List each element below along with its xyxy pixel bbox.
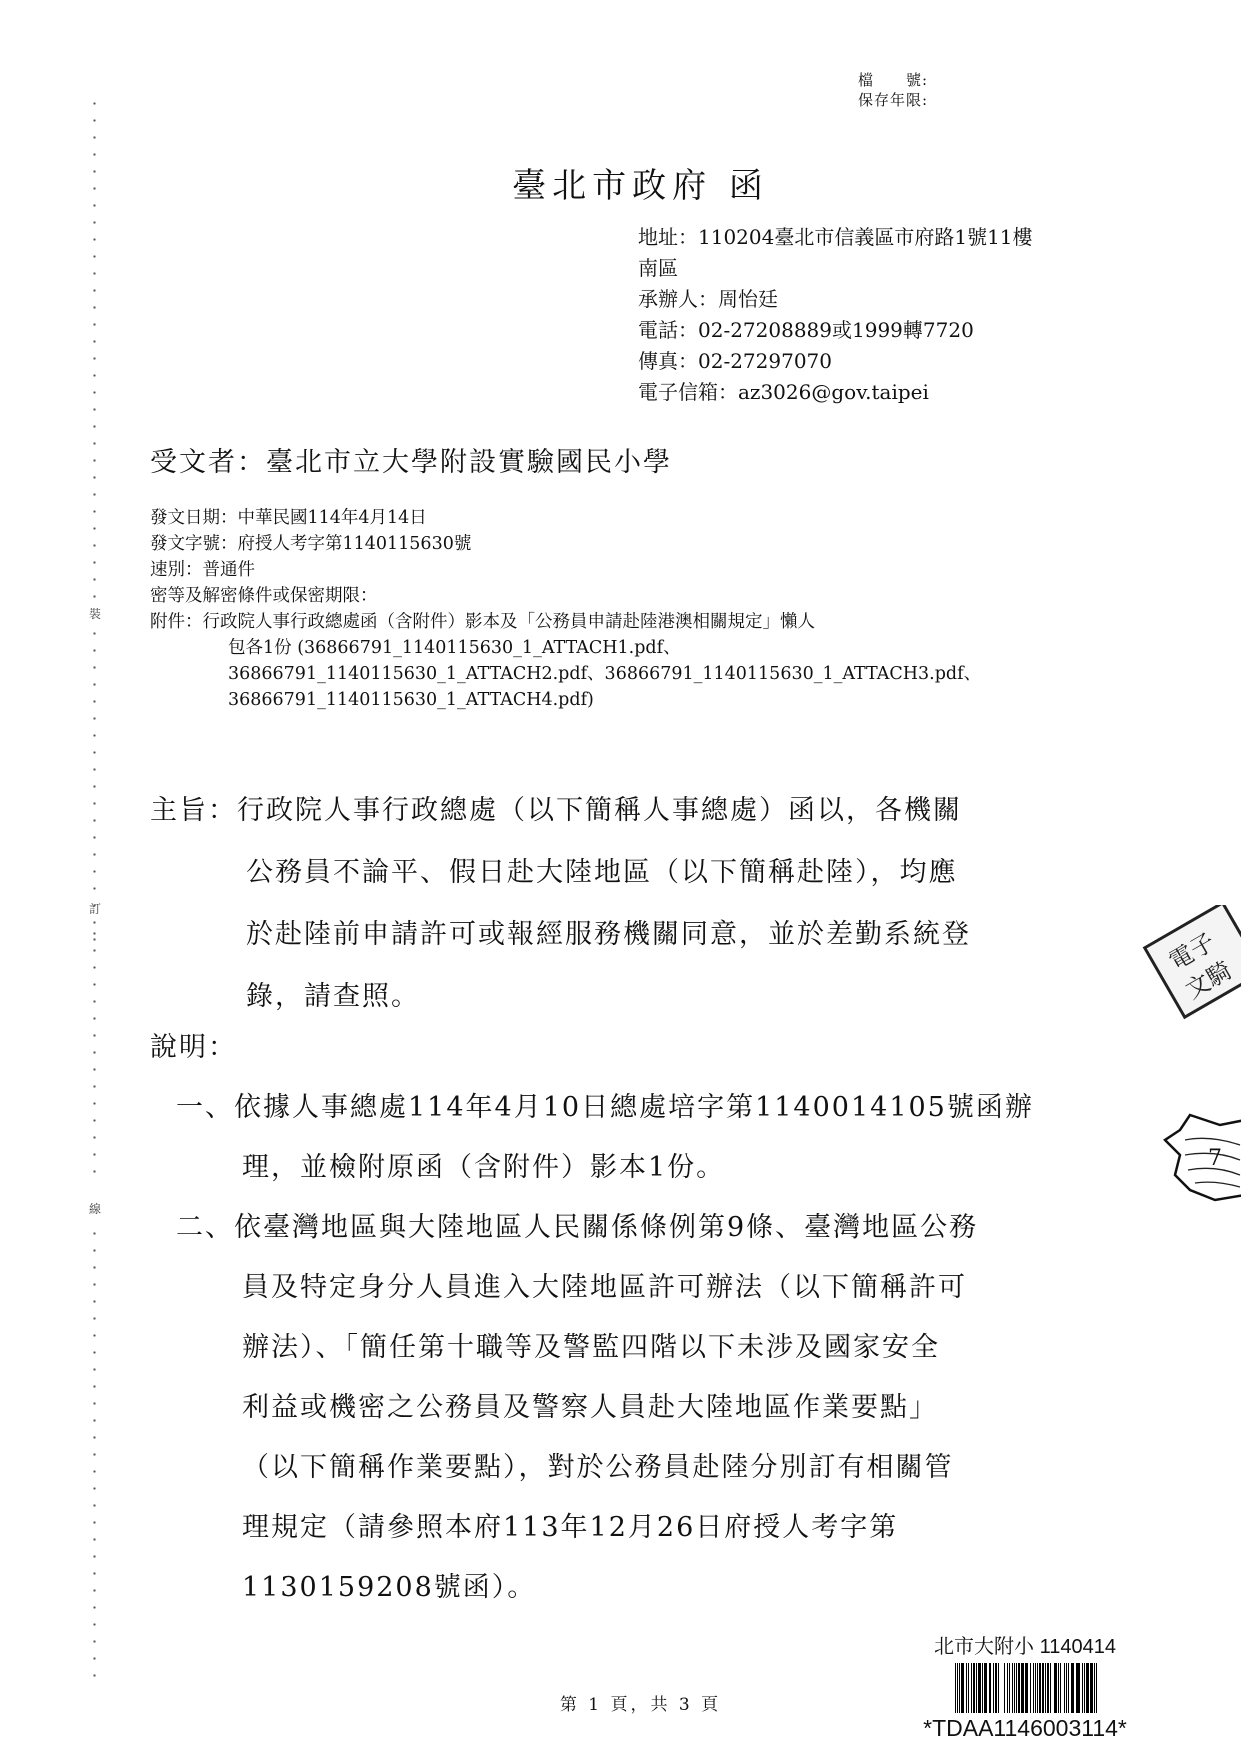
attachment-row: 附件： 行政院人事行政總處函（含附件）影本及「公務員申請赴陸港澳相關規定」懶人 — [150, 609, 981, 635]
barcode-icon — [905, 1663, 1145, 1713]
subject-line: 行政院人事行政總處（以下簡稱人事總處）函以，各機關 — [237, 795, 962, 826]
binding-margin: 裝 訂 線 — [88, 95, 102, 1685]
issue-date: 發文日期：中華民國114年4月14日 — [150, 505, 981, 531]
item-line: （以下簡稱作業要點），對於公務員赴陸分別訂有相關管 — [150, 1438, 1100, 1498]
item-line: 理規定（請參照本府113年12月26日府授人考字第 — [150, 1498, 1100, 1558]
explanation-label: 說明： — [150, 1018, 1100, 1078]
recipient: 受文者：臺北市立大學附設實驗國民小學 — [150, 440, 672, 479]
item-line: 員及特定身分人員進入大陸地區許可辦法（以下簡稱許可 — [150, 1258, 1100, 1318]
phone: 電話：02-27208889或1999轉7720 — [638, 315, 1033, 346]
address-line: 地址：110204臺北市信義區市府路1號11樓 — [638, 222, 1033, 253]
contact-block: 地址：110204臺北市信義區市府路1號11樓 南區 承辦人：周怡廷 電話：02… — [638, 222, 1033, 408]
attachment-line: 36866791_1140115630_1_ATTACH2.pdf、368667… — [150, 661, 981, 687]
barcode-block: 北市大附小 1140414 *TDAA1146003114* — [905, 1630, 1145, 1742]
explanation-item-2: 二、依臺灣地區與大陸地區人民關係條例第9條、臺灣地區公務 — [150, 1198, 1100, 1258]
item-line: 理，並檢附原函（含附件）影本1份。 — [150, 1138, 1100, 1198]
address-line-2: 南區 — [638, 253, 1033, 284]
email: 電子信箱：az3026@gov.taipei — [638, 377, 1033, 408]
speed-class: 速別：普通件 — [150, 557, 981, 583]
subject-section: 主旨：行政院人事行政總處（以下簡稱人事總處）函以，各機關 公務員不論平、假日赴大… — [150, 780, 1100, 1028]
subject-line: 公務員不論平、假日赴大陸地區（以下簡稱赴陸），均應 — [150, 842, 1100, 904]
item-line: 依臺灣地區與大陸地區人民關係條例第9條、臺灣地區公務 — [234, 1212, 978, 1243]
subject-line: 於赴陸前申請許可或報經服務機關同意，並於差勤系統登 — [150, 904, 1100, 966]
attachment-line: 行政院人事行政總處函（含附件）影本及「公務員申請赴陸港澳相關規定」懶人 — [203, 609, 816, 635]
item-line: 依據人事總處114年4月10日總處培字第1140014105號函辦 — [234, 1092, 1034, 1123]
document-title: 臺北市政府 函 — [0, 158, 1241, 207]
item-line: 1130159208號函）。 — [150, 1558, 1100, 1618]
explanation-item-1: 一、依據人事總處114年4月10日總處培字第1140014105號函辦 — [150, 1078, 1100, 1138]
reference-number: 發文字號：府授人考字第1140115630號 — [150, 531, 981, 557]
barcode-text: *TDAA1146003114* — [905, 1715, 1145, 1742]
subject-row: 主旨：行政院人事行政總處（以下簡稱人事總處）函以，各機關 — [150, 780, 1100, 842]
item-line: 辦法）、「簡任第十職等及警監四階以下未涉及國家安全 — [150, 1318, 1100, 1378]
fax: 傳真：02-27297070 — [638, 346, 1033, 377]
svg-text:7: 7 — [1208, 1146, 1222, 1171]
secrecy-level: 密等及解密條件或保密期限： — [150, 583, 981, 609]
retention-label: 保存年限: — [858, 90, 928, 110]
subject-label: 主旨： — [150, 795, 237, 826]
binding-dotted-line — [93, 1225, 96, 1685]
item-number: 二、 — [176, 1212, 234, 1243]
document-meta: 發文日期：中華民國114年4月14日 發文字號：府授人考字第1140115630… — [150, 505, 981, 713]
seal-icon: 7 — [1160, 1105, 1241, 1205]
file-number-label: 檔 號: — [858, 70, 928, 90]
stamp-icon: 電子 文騎 — [1135, 905, 1241, 1025]
seal-stamp: 7 — [1160, 1105, 1241, 1205]
attachment-line: 包各1份 (36866791_1140115630_1_ATTACH1.pdf、 — [150, 635, 981, 661]
binding-mark-ding: 訂 — [88, 900, 102, 917]
binding-mark-xian: 線 — [88, 1200, 102, 1217]
file-meta: 檔 號: 保存年限: — [858, 70, 928, 110]
item-line: 利益或機密之公務員及警察人員赴大陸地區作業要點」 — [150, 1378, 1100, 1438]
handler: 承辦人：周怡廷 — [638, 284, 1033, 315]
e-exchange-stamp: 電子 文騎 — [1135, 905, 1241, 1025]
barcode-label: 北市大附小 1140414 — [905, 1630, 1145, 1659]
binding-dotted-line — [93, 925, 96, 1175]
attachment-label: 附件： — [150, 609, 203, 635]
item-number: 一、 — [176, 1092, 234, 1123]
attachment-line: 36866791_1140115630_1_ATTACH4.pdf) — [150, 687, 981, 713]
explanation-section: 說明： 一、依據人事總處114年4月10日總處培字第1140014105號函辦 … — [150, 1018, 1100, 1618]
binding-mark-zhuang: 裝 — [88, 605, 102, 622]
